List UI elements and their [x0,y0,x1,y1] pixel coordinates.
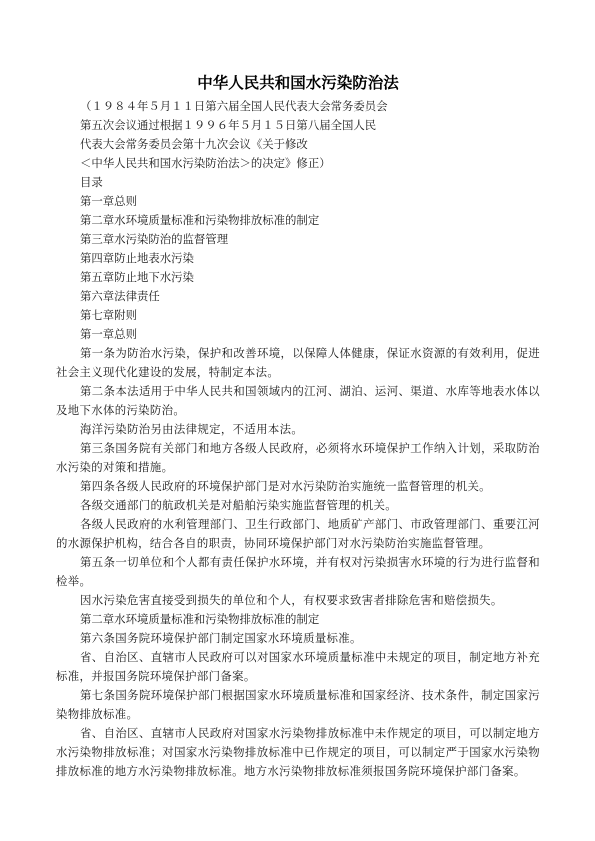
article-paragraph: 因水污染危害直接受到损失的单位和个人，有权要求致害者排除危害和赔偿损失。 [56,591,540,610]
toc-item: 第六章法律责任 [56,287,540,306]
chapter-2: 第二章水环境质量标准和污染物排放标准的制定 第六条国务院环境保护部门制定国家水环… [56,610,540,781]
article-paragraph: 第四条各级人民政府的环境保护部门是对水污染防治实施统一监督管理的机关。 [56,477,540,496]
chapter-heading: 第二章水环境质量标准和污染物排放标准的制定 [56,610,540,629]
article-paragraph: 省、自治区、直辖市人民政府对国家水污染物排放标准中未作规定的项目，可以制定地方水… [56,724,540,781]
toc-item: 第七章附则 [56,306,540,325]
article-paragraph: 各级交通部门的航政机关是对船舶污染实施监督管理的机关。 [56,496,540,515]
toc-heading: 目录 [56,173,540,192]
table-of-contents: 目录 第一章总则 第二章水环境质量标准和污染物排放标准的制定 第三章水污染防治的… [56,173,540,325]
toc-item: 第五章防止地下水污染 [56,268,540,287]
chapter-heading: 第一章总则 [56,325,540,344]
toc-item: 第三章水污染防治的监督管理 [56,230,540,249]
document-page: 中华人民共和国水污染防治法 （１９８４年５月１１日第六届全国人民代表大会常务委员… [56,72,540,781]
article-paragraph: 第七条国务院环境保护部门根据国家水环境质量标准和国家经济、技术条件，制定国家污染… [56,686,540,724]
preamble-line: （１９８４年５月１１日第六届全国人民代表大会常务委员会 [56,97,540,116]
preamble-line: 第五次会议通过根据１９９６年５月１５日第八届全国人民 [56,116,540,135]
article-paragraph: 第二条本法适用于中华人民共和国领域内的江河、湖泊、运河、渠道、水库等地表水体以及… [56,382,540,420]
article-paragraph: 省、自治区、直辖市人民政府可以对国家水环境质量标准中未规定的项目，制定地方补充标… [56,648,540,686]
document-title: 中华人民共和国水污染防治法 [56,72,540,94]
preamble-line: ＜中华人民共和国水污染防治法＞的决定》修正） [56,154,540,173]
chapter-1: 第一章总则 第一条为防治水污染，保护和改善环境，以保障人体健康，保证水资源的有效… [56,325,540,610]
article-paragraph: 第五条一切单位和个人都有责任保护水环境，并有权对污染损害水环境的行为进行监督和检… [56,553,540,591]
article-paragraph: 海洋污染防治另由法律规定，不适用本法。 [56,420,540,439]
toc-item: 第二章水环境质量标准和污染物排放标准的制定 [56,211,540,230]
preamble: （１９８４年５月１１日第六届全国人民代表大会常务委员会 第五次会议通过根据１９９… [56,97,540,173]
article-paragraph: 第六条国务院环境保护部门制定国家水环境质量标准。 [56,629,540,648]
toc-item: 第四章防止地表水污染 [56,249,540,268]
toc-item: 第一章总则 [56,192,540,211]
article-paragraph: 第一条为防治水污染，保护和改善环境，以保障人体健康，保证水资源的有效利用，促进社… [56,344,540,382]
preamble-line: 代表大会常务委员会第十九次会议《关于修改 [56,135,540,154]
article-paragraph: 各级人民政府的水利管理部门、卫生行政部门、地质矿产部门、市政管理部门、重要江河的… [56,515,540,553]
article-paragraph: 第三条国务院有关部门和地方各级人民政府，必须将水环境保护工作纳入计划，采取防治水… [56,439,540,477]
